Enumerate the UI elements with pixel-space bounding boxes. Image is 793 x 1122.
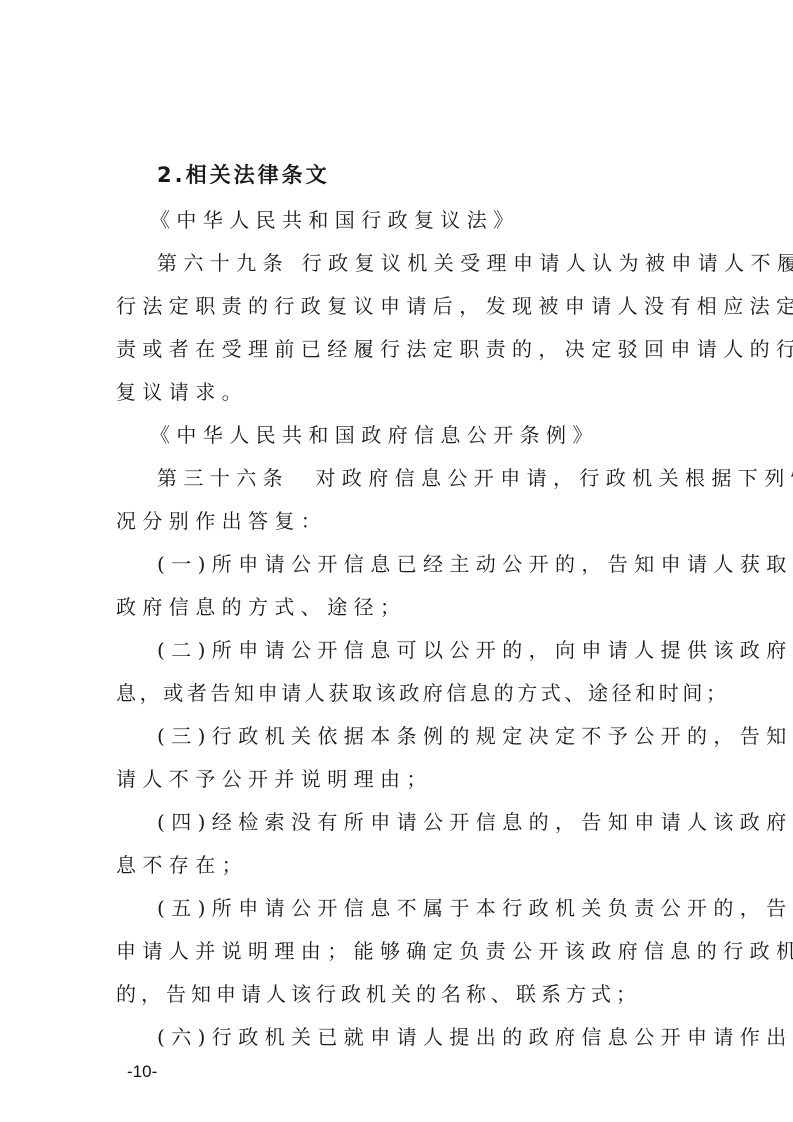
- clause-3-line-2: 请人不予公开并说明理由；: [116, 766, 696, 792]
- article-69-line-2: 行法定职责的行政复议申请后，发现被申请人没有相应法定职: [116, 293, 696, 319]
- article-36-line-2: 况分别作出答复：: [116, 508, 696, 534]
- section-heading: 2.相关法律条文: [157, 162, 737, 188]
- clause-3-line-1: (三)行政机关依据本条例的规定决定不予公开的，告知申: [157, 723, 737, 749]
- clause-5-line-3: 的，告知申请人该行政机关的名称、联系方式；: [116, 981, 696, 1007]
- clause-5-line-2: 申请人并说明理由；能够确定负责公开该政府信息的行政机关: [116, 938, 696, 964]
- clause-4-line-1: (四)经检索没有所申请公开信息的，告知申请人该政府信: [157, 809, 737, 835]
- article-69-line-1: 第六十九条 行政复议机关受理申请人认为被申请人不履: [157, 250, 737, 276]
- article-69-line-3: 责或者在受理前已经履行法定职责的，决定驳回申请人的行政: [116, 336, 696, 362]
- clause-6-line-1: (六)行政机关已就申请人提出的政府信息公开申请作出: [157, 1024, 737, 1050]
- article-69-line-4: 复议请求。: [116, 379, 696, 405]
- document-page: 2.相关法律条文 《中华人民共和国行政复议法》 第六十九条 行政复议机关受理申请…: [0, 0, 793, 1122]
- clause-2-line-2: 息，或者告知申请人获取该政府信息的方式、途径和时间；: [116, 680, 696, 706]
- law-title-information-disclosure: 《中华人民共和国政府信息公开条例》: [150, 422, 730, 448]
- clause-1-line-2: 政府信息的方式、途径；: [116, 594, 696, 620]
- clause-5-line-1: (五)所申请公开信息不属于本行政机关负责公开的，告知: [157, 895, 737, 921]
- page-number: -10-: [127, 1062, 157, 1082]
- clause-4-line-2: 息不存在；: [116, 852, 696, 878]
- clause-2-line-1: (二)所申请公开信息可以公开的，向申请人提供该政府信: [157, 637, 737, 663]
- article-36-line-1: 第三十六条 对政府信息公开申请，行政机关根据下列情: [157, 465, 737, 491]
- law-title-administrative-reconsideration: 《中华人民共和国行政复议法》: [150, 207, 730, 233]
- clause-1-line-1: (一)所申请公开信息已经主动公开的，告知申请人获取该: [157, 551, 737, 577]
